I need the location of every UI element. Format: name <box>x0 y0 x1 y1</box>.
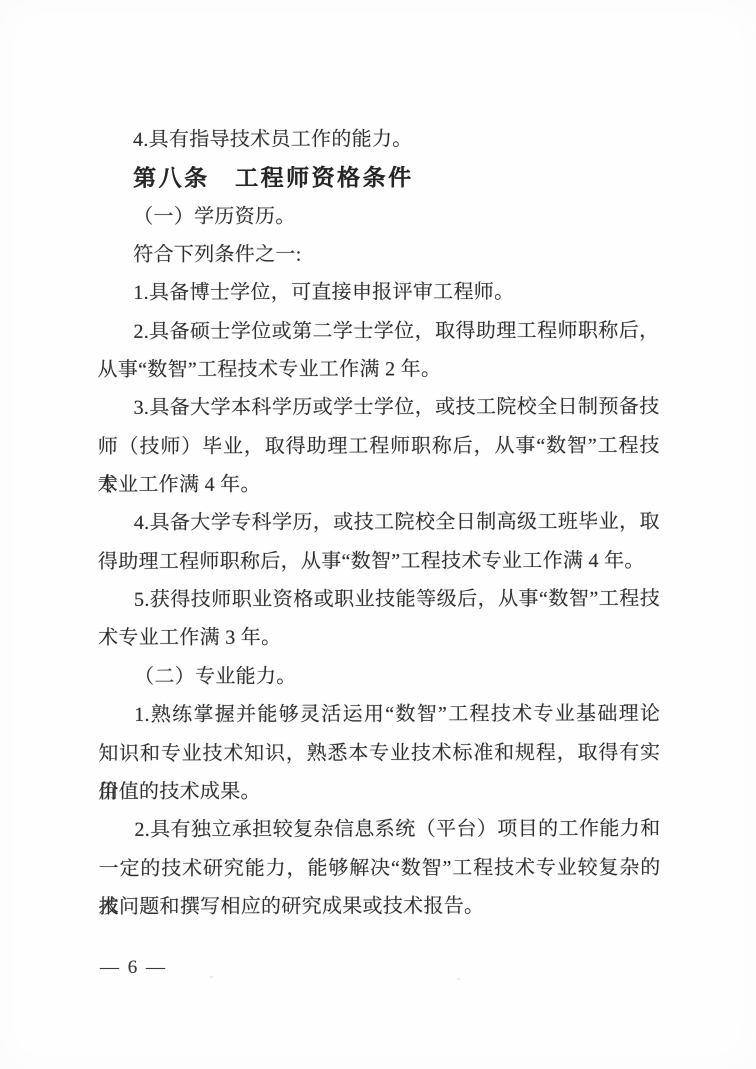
text-line: 5.获得技师职业资格或职业技能等级后，从事“数智”工程技 <box>98 580 660 620</box>
page-footer: — 6 — <box>100 954 167 982</box>
text-line: 2.具备硕士学位或第二学士学位，取得助理工程师职称后， <box>97 312 659 352</box>
text-line: 术问题和撰写相应的研究成果或技术报告。 <box>99 887 661 927</box>
section-heading: 第八条 工程师资格条件 <box>97 158 659 198</box>
text-line: 师（技师）毕业，取得助理工程师职称后，从事“数智”工程技术 <box>98 427 660 467</box>
text-line: 术专业工作满 3 年。 <box>98 618 660 658</box>
scan-speckle <box>210 976 213 978</box>
text-line: 4.具有指导技术员工作的能力。 <box>97 120 659 160</box>
text-line: 1.具备博士学位，可直接申报评审工程师。 <box>97 273 659 313</box>
text-line: 专业工作满 4 年。 <box>98 465 660 505</box>
text-line: 得助理工程师职称后，从事“数智”工程技术专业工作满 4 年。 <box>98 542 660 582</box>
text-line: 一定的技术研究能力，能够解决“数智”工程技术专业较复杂的技 <box>99 848 661 888</box>
text-line: 4.具备大学专科学历，或技工院校全日制高级工班毕业，取 <box>98 503 660 543</box>
text-line: 2.具有独立承担较复杂信息系统（平台）项目的工作能力和 <box>98 810 660 850</box>
text-line: 1.熟练掌握并能够灵活运用“数智”工程技术专业基础理论 <box>98 695 660 735</box>
text-line: 3.具备大学本科学历或学士学位，或技工院校全日制预备技 <box>98 388 660 428</box>
document-page: 4.具有指导技术员工作的能力。第八条 工程师资格条件（一）学历资历。符合下列条件… <box>0 0 756 1069</box>
text-line: 符合下列条件之一: <box>97 235 659 275</box>
scan-speckle <box>457 978 460 980</box>
text-line: 从事“数智”工程技术专业工作满 2 年。 <box>97 350 659 390</box>
text-line: 价值的技术成果。 <box>98 772 660 812</box>
page-number: — 6 — <box>100 957 167 978</box>
document-body: 4.具有指导技术员工作的能力。第八条 工程师资格条件（一）学历资历。符合下列条件… <box>97 120 661 926</box>
text-line: 知识和专业技术知识，熟悉本专业技术标准和规程，取得有实用 <box>98 733 660 773</box>
text-line: （一）学历资历。 <box>97 197 659 237</box>
text-line: （二）专业能力。 <box>98 657 660 697</box>
